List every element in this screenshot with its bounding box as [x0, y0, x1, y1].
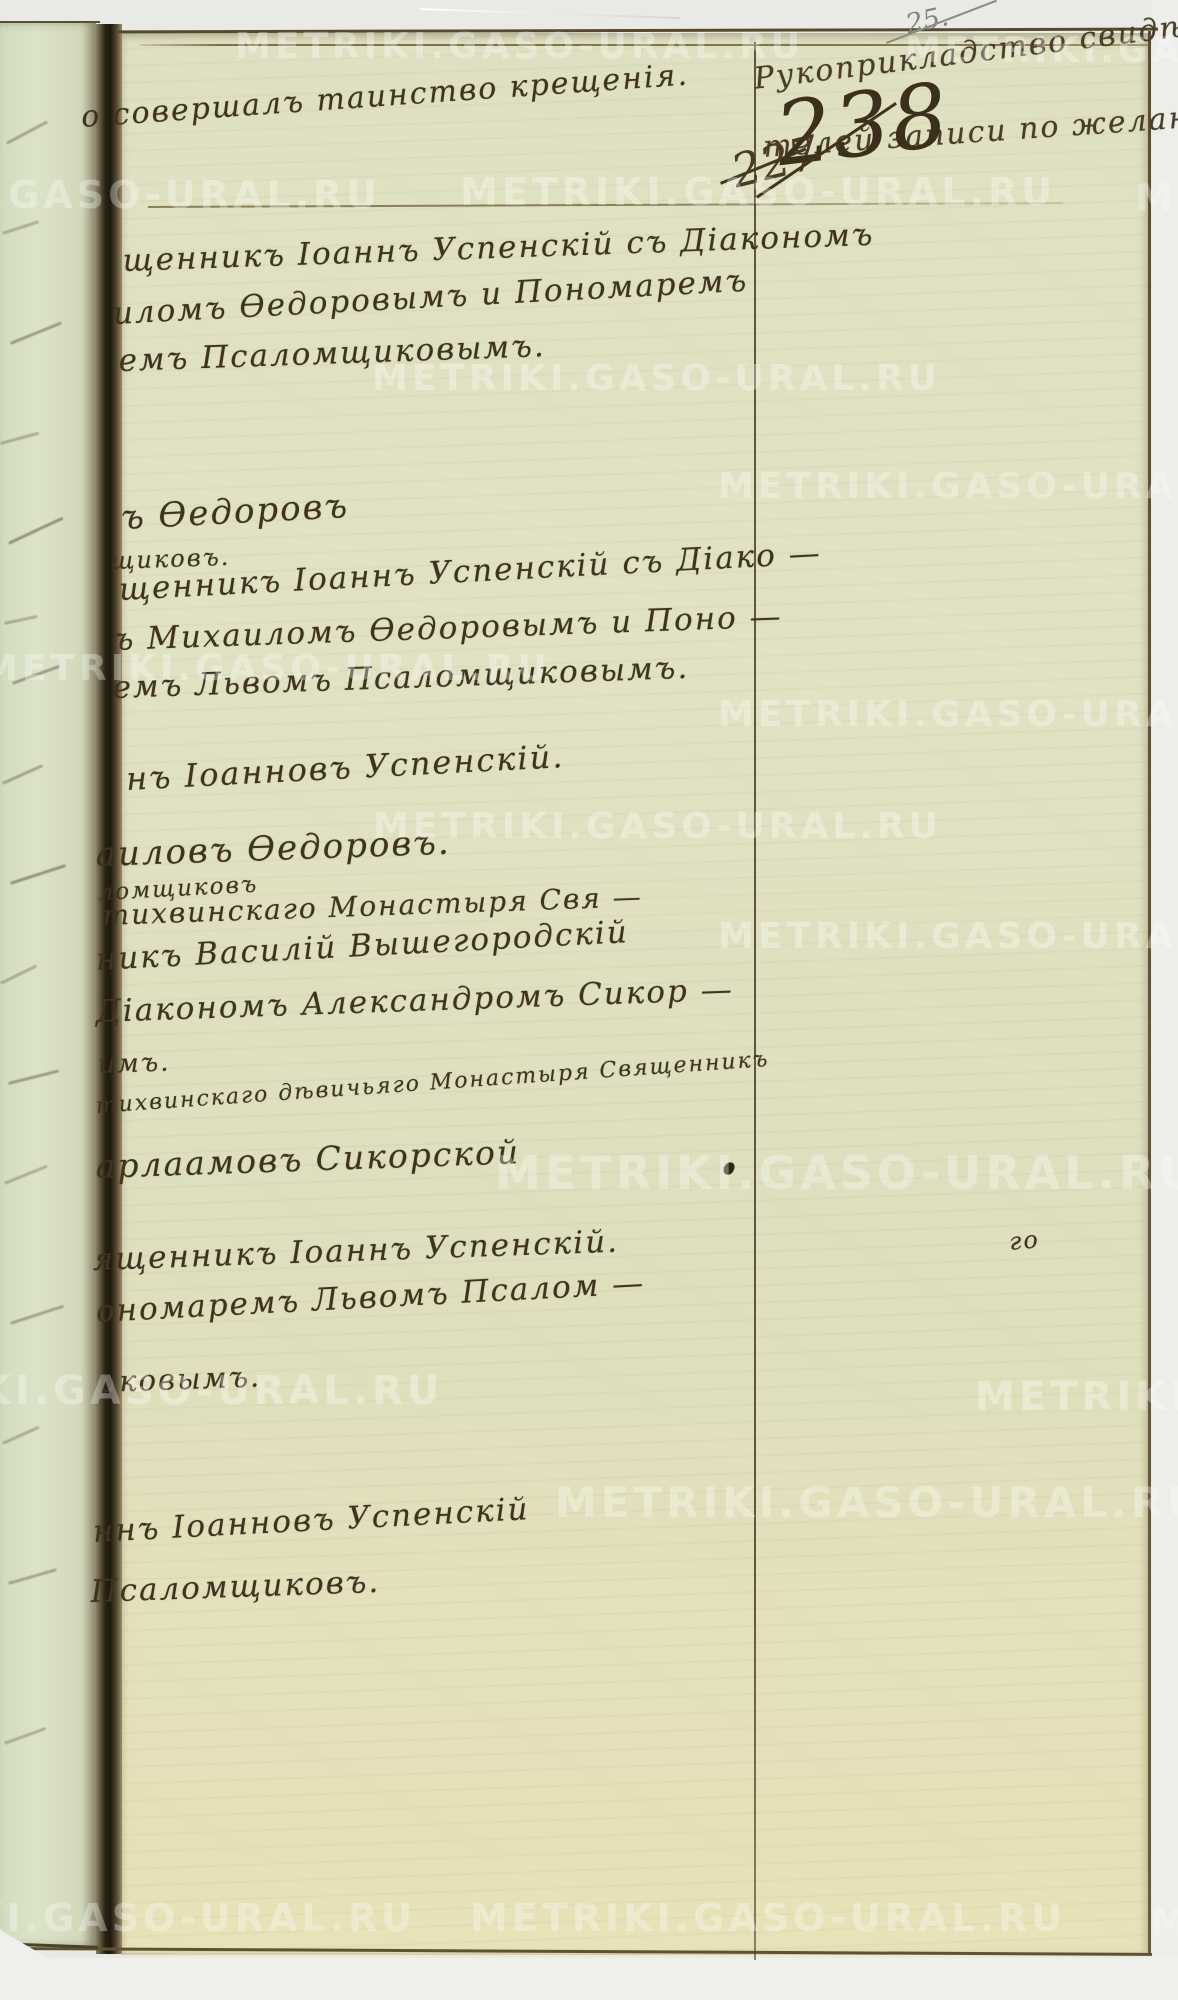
handwriting-line: иковымъ. — [98, 1359, 262, 1399]
paper-crease — [420, 8, 680, 19]
ghost-writing-mark — [2, 1426, 40, 1445]
ghost-writing-mark — [4, 615, 38, 625]
ghost-writing-mark — [2, 220, 39, 235]
page-right-edge — [1148, 31, 1151, 1955]
ghost-writing-mark — [6, 120, 48, 144]
document-scan: Рукоприкладство свидѣ- телей записи по ж… — [0, 0, 1178, 2000]
ghost-writing-mark — [4, 1727, 46, 1745]
adjacent-page-edge — [0, 22, 96, 1947]
handwriting-line: го — [1008, 1225, 1041, 1256]
handwriting-line: имъ. — [98, 1047, 171, 1079]
scan-backdrop-bottom — [0, 1958, 1178, 2000]
ghost-writing-mark — [8, 1069, 59, 1084]
ghost-writing-mark — [8, 517, 64, 545]
ghost-writing-mark — [10, 1305, 64, 1325]
adjacent-page-top-edge — [0, 21, 100, 23]
ghost-writing-mark — [0, 964, 37, 984]
column-divider-line — [754, 42, 756, 1960]
ghost-writing-mark — [10, 321, 62, 344]
ghost-writing-mark — [12, 665, 60, 685]
ghost-writing-mark — [8, 1568, 57, 1585]
ghost-writing-mark — [10, 864, 66, 885]
ghost-writing-mark — [2, 764, 43, 785]
scan-backdrop-right — [1152, 0, 1178, 2000]
ghost-writing-mark — [4, 1165, 48, 1185]
ghost-writing-mark — [0, 432, 39, 445]
